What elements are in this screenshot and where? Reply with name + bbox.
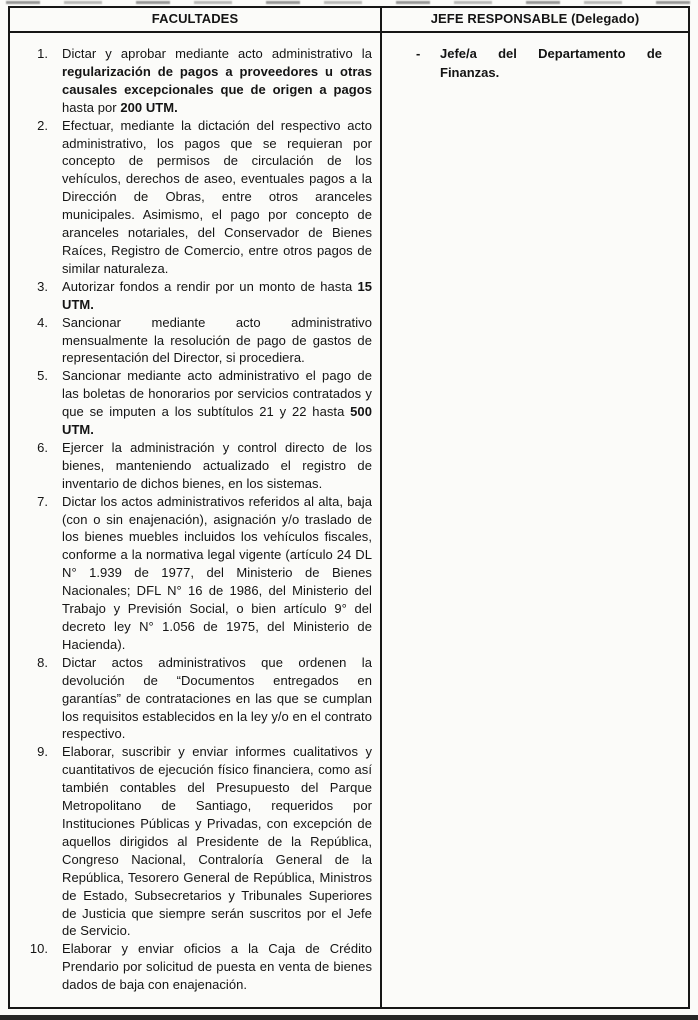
item-text: Dictar los actos administrativos referid… bbox=[62, 493, 372, 654]
text-segment: Dictar los actos administrativos referid… bbox=[62, 494, 372, 652]
item-text: Dictar y aprobar mediante acto administr… bbox=[62, 45, 372, 117]
facultades-cell: 1.Dictar y aprobar mediante acto adminis… bbox=[10, 33, 382, 1007]
scan-artifact-top bbox=[6, 1, 692, 4]
item-text: Autorizar fondos a rendir por un monto d… bbox=[62, 278, 372, 314]
item-text: Sancionar mediante acto administrativo e… bbox=[62, 367, 372, 439]
text-segment: Dictar actos administrativos que ordenen… bbox=[62, 655, 372, 742]
faculties-list: 1.Dictar y aprobar mediante acto adminis… bbox=[28, 45, 372, 994]
item-text: Ejercer la administración y control dire… bbox=[62, 439, 372, 493]
table-body-row: 1.Dictar y aprobar mediante acto adminis… bbox=[10, 33, 688, 1007]
scan-artifact-bottom bbox=[0, 1015, 698, 1020]
text-segment: hasta por bbox=[62, 100, 120, 115]
list-item: 3.Autorizar fondos a rendir por un monto… bbox=[28, 278, 372, 314]
dash-bullet: - bbox=[416, 45, 440, 82]
item-number: 7. bbox=[28, 493, 48, 654]
text-segment: Ejercer la administración y control dire… bbox=[62, 440, 372, 491]
responsible-entry: - Jefe/a del Departamento de Finanzas. bbox=[416, 45, 662, 82]
item-number: 3. bbox=[28, 278, 48, 314]
item-text: Sancionar mediante acto administrativo m… bbox=[62, 314, 372, 368]
text-segment: Dictar y aprobar mediante acto administr… bbox=[62, 46, 372, 61]
item-number: 8. bbox=[28, 654, 48, 744]
list-item: 8.Dictar actos administrativos que orden… bbox=[28, 654, 372, 744]
header-jefe-responsable: JEFE RESPONSABLE (Delegado) bbox=[382, 8, 688, 31]
text-segment: Efectuar, mediante la dictación del resp… bbox=[62, 118, 372, 276]
list-item: 9.Elaborar, suscribir y enviar informes … bbox=[28, 743, 372, 940]
item-text: Elaborar, suscribir y enviar informes cu… bbox=[62, 743, 372, 940]
text-segment: Autorizar fondos a rendir por un monto d… bbox=[62, 279, 357, 294]
item-number: 1. bbox=[28, 45, 48, 117]
responsible-text: Jefe/a del Departamento de Finanzas. bbox=[440, 45, 662, 82]
item-number: 4. bbox=[28, 314, 48, 368]
text-segment: 200 UTM. bbox=[120, 100, 177, 115]
list-item: 5.Sancionar mediante acto administrativo… bbox=[28, 367, 372, 439]
item-number: 9. bbox=[28, 743, 48, 940]
list-item: 7.Dictar los actos administrativos refer… bbox=[28, 493, 372, 654]
text-segment: regularización de pagos a proveedores u … bbox=[62, 64, 372, 97]
item-number: 5. bbox=[28, 367, 48, 439]
list-item: 2.Efectuar, mediante la dictación del re… bbox=[28, 117, 372, 278]
list-item: 4.Sancionar mediante acto administrativo… bbox=[28, 314, 372, 368]
item-text: Elaborar y enviar oficios a la Caja de C… bbox=[62, 940, 372, 994]
scanned-document-page: FACULTADES JEFE RESPONSABLE (Delegado) 1… bbox=[0, 0, 698, 1020]
table-header-row: FACULTADES JEFE RESPONSABLE (Delegado) bbox=[10, 8, 688, 33]
list-item: 1.Dictar y aprobar mediante acto adminis… bbox=[28, 45, 372, 117]
text-segment: Sancionar mediante acto administrativo m… bbox=[62, 315, 372, 366]
text-segment: Elaborar y enviar oficios a la Caja de C… bbox=[62, 941, 372, 992]
list-item: 6.Ejercer la administración y control di… bbox=[28, 439, 372, 493]
item-number: 10. bbox=[28, 940, 48, 994]
item-text: Dictar actos administrativos que ordenen… bbox=[62, 654, 372, 744]
list-item: 10.Elaborar y enviar oficios a la Caja d… bbox=[28, 940, 372, 994]
item-text: Efectuar, mediante la dictación del resp… bbox=[62, 117, 372, 278]
item-number: 2. bbox=[28, 117, 48, 278]
delegation-table: FACULTADES JEFE RESPONSABLE (Delegado) 1… bbox=[8, 6, 690, 1009]
item-number: 6. bbox=[28, 439, 48, 493]
text-segment: Sancionar mediante acto administrativo e… bbox=[62, 368, 372, 419]
responsable-cell: - Jefe/a del Departamento de Finanzas. bbox=[382, 33, 688, 1007]
header-facultades: FACULTADES bbox=[10, 8, 382, 31]
text-segment: Elaborar, suscribir y enviar informes cu… bbox=[62, 744, 372, 938]
